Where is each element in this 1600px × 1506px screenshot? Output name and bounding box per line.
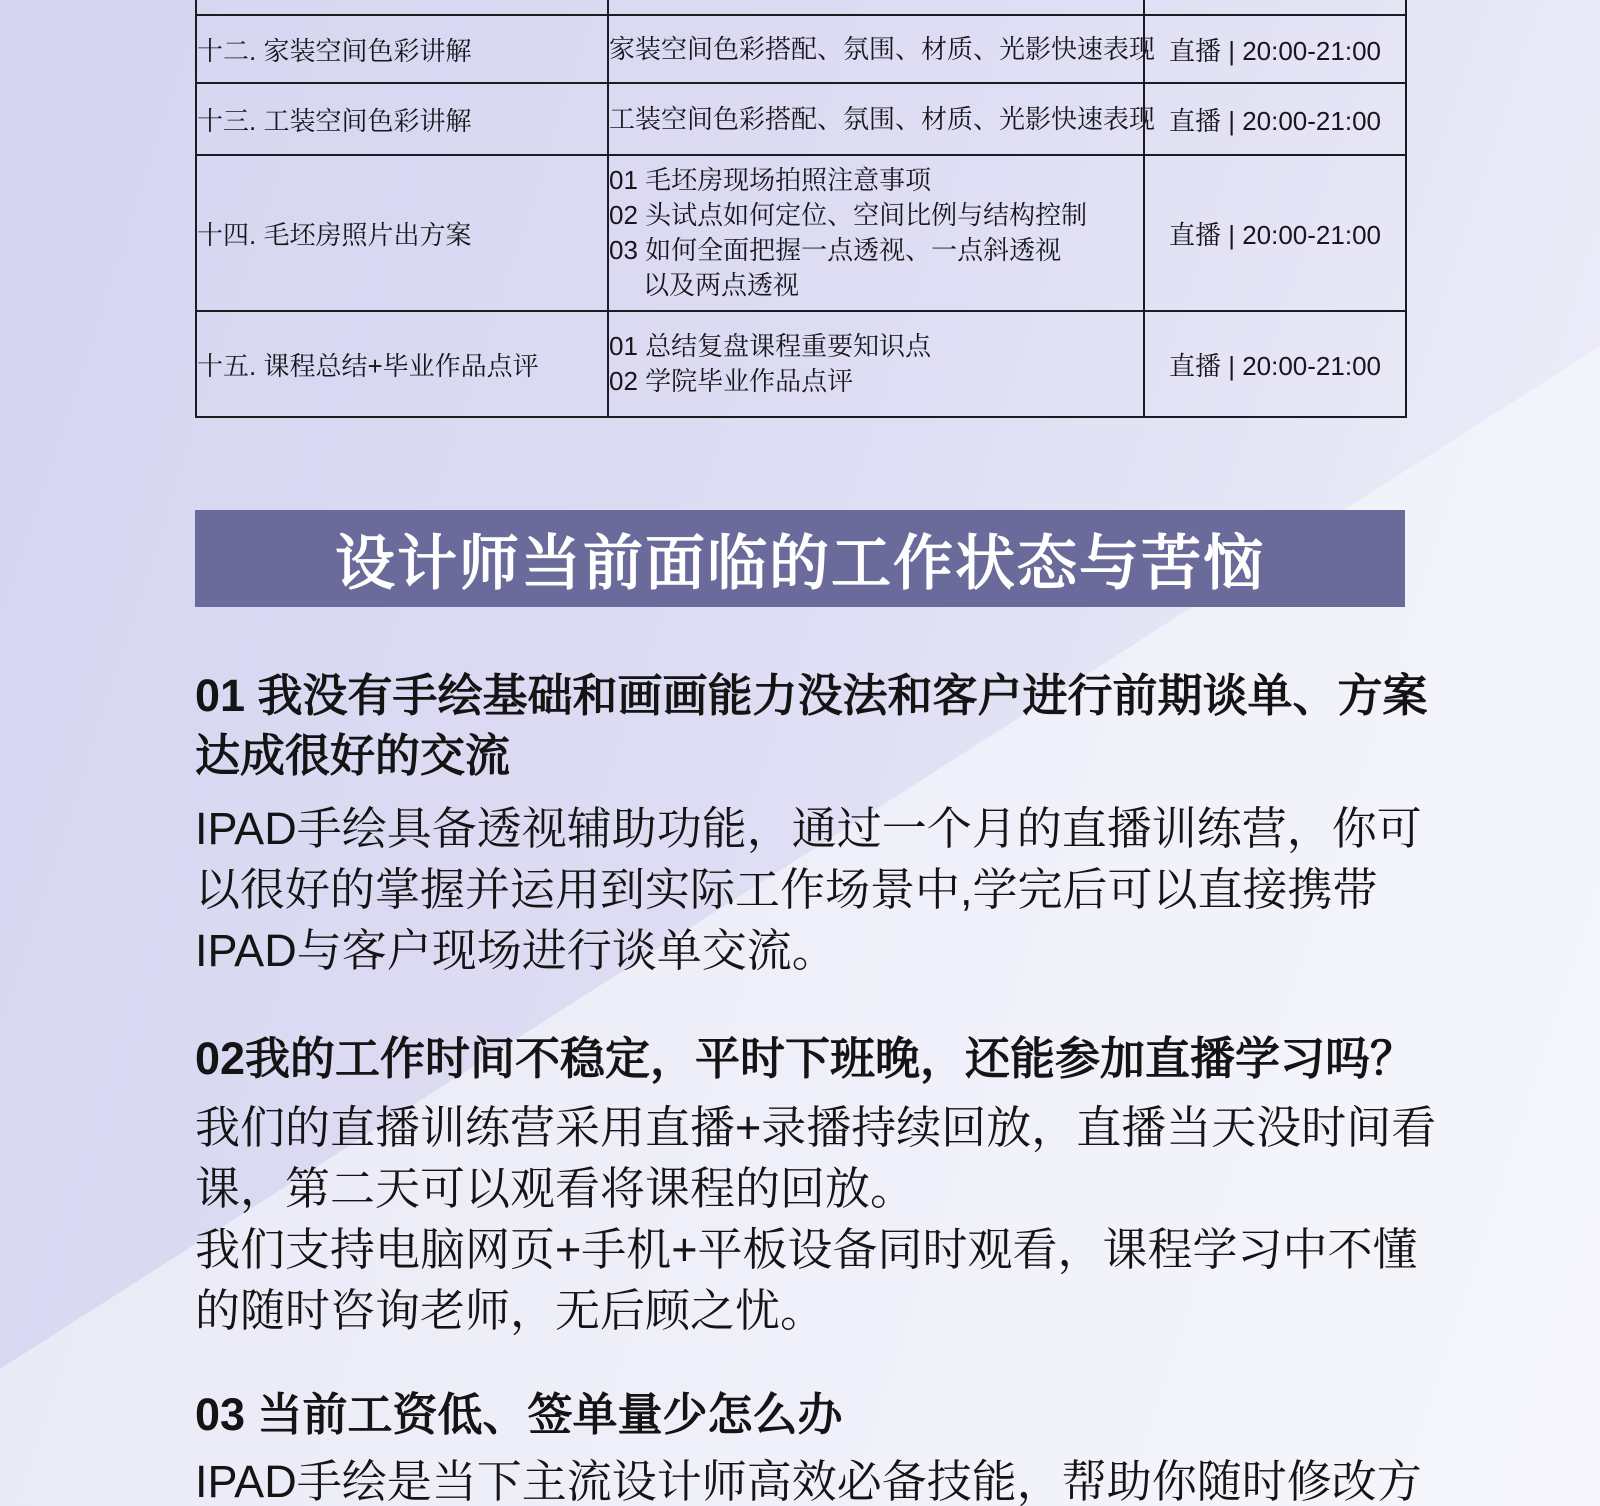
body-line: 的随时咨询老师，无后顾之忧。 [195,1280,1410,1341]
qa-section-03: 03 当前工资低、签单量少怎么办 IPAD手绘是当下主流设计师高效必备技能，帮助… [195,1385,1410,1506]
body-line: 以很好的掌握并运用到实际工作场景中,学完后可以直接携带 [195,859,1410,920]
banner-title: 设计师当前面临的工作状态与苦恼 [335,516,1265,602]
course-schedule-cell [1144,0,1406,15]
course-schedule-cell: 直播 | 20:00-21:00 [1144,155,1406,311]
detail-line: 01 总结复盘课程重要知识点 [609,329,1143,364]
detail-line: 03 如何全面把握一点透视、一点斜透视 [609,233,1143,268]
body-line: IPAD手绘是当下主流设计师高效必备技能，帮助你随时修改方 [195,1451,1410,1506]
promo-page: 十二. 家装空间色彩讲解 家装空间色彩搭配、氛围、材质、光影快速表现 直播 | … [0,0,1600,1506]
qa-section-02: 02我的工作时间不稳定，平时下班晚，还能参加直播学习吗？ 我们的直播训练营采用直… [195,1029,1410,1341]
heading-line: 达成很好的交流 [195,726,1410,786]
course-details-cell [608,0,1144,15]
table-row: 十二. 家装空间色彩讲解 家装空间色彩搭配、氛围、材质、光影快速表现 直播 | … [196,15,1406,83]
qa-body: 我们的直播训练营采用直播+录播持续回放，直播当天没时间看 课，第二天可以观看将课… [195,1097,1410,1341]
course-title-cell: 十三. 工装空间色彩讲解 [196,83,608,155]
course-details-cell: 01 总结复盘课程重要知识点 02 学院毕业作品点评 [608,311,1144,417]
course-title-cell [196,0,608,15]
course-title-cell: 十五. 课程总结+毕业作品点评 [196,311,608,417]
course-schedule-cell: 直播 | 20:00-21:00 [1144,311,1406,417]
course-schedule-cell: 直播 | 20:00-21:00 [1144,83,1406,155]
detail-line: 01 毛坯房现场拍照注意事项 [609,163,1143,198]
heading-line: 03 当前工资低、签单量少怎么办 [195,1385,1410,1445]
detail-line: 02 头试点如何定位、空间比例与结构控制 [609,198,1143,233]
qa-heading: 02我的工作时间不稳定，平时下班晚，还能参加直播学习吗？ [195,1029,1410,1089]
section-banner: 设计师当前面临的工作状态与苦恼 [195,510,1405,607]
heading-line: 02我的工作时间不稳定，平时下班晚，还能参加直播学习吗？ [195,1029,1410,1089]
qa-body: IPAD手绘是当下主流设计师高效必备技能，帮助你随时修改方 [195,1451,1410,1506]
qa-area: 01 我没有手绘基础和画画能力没法和客户进行前期谈单、方案 达成很好的交流 IP… [195,666,1410,1506]
course-details-cell: 工装空间色彩搭配、氛围、材质、光影快速表现 [608,83,1144,155]
course-schedule-table: 十二. 家装空间色彩讲解 家装空间色彩搭配、氛围、材质、光影快速表现 直播 | … [195,0,1407,418]
course-title-cell: 十四. 毛坯房照片出方案 [196,155,608,311]
qa-section-01: 01 我没有手绘基础和画画能力没法和客户进行前期谈单、方案 达成很好的交流 IP… [195,666,1410,981]
course-details-cell: 01 毛坯房现场拍照注意事项 02 头试点如何定位、空间比例与结构控制 03 如… [608,155,1144,311]
course-schedule-cell: 直播 | 20:00-21:00 [1144,15,1406,83]
qa-heading: 03 当前工资低、签单量少怎么办 [195,1385,1410,1445]
table-row: 十五. 课程总结+毕业作品点评 01 总结复盘课程重要知识点 02 学院毕业作品… [196,311,1406,417]
body-line: IPAD与客户现场进行谈单交流。 [195,920,1410,981]
qa-body: IPAD手绘具备透视辅助功能，通过一个月的直播训练营，你可 以很好的掌握并运用到… [195,798,1410,981]
detail-line: 以及两点透视 [609,268,1143,303]
table-row-partial [196,0,1406,15]
course-title-cell: 十二. 家装空间色彩讲解 [196,15,608,83]
table-row: 十三. 工装空间色彩讲解 工装空间色彩搭配、氛围、材质、光影快速表现 直播 | … [196,83,1406,155]
detail-line: 工装空间色彩搭配、氛围、材质、光影快速表现 [609,102,1143,137]
body-line: 课，第二天可以观看将课程的回放。 [195,1158,1410,1219]
body-line: IPAD手绘具备透视辅助功能，通过一个月的直播训练营，你可 [195,798,1410,859]
body-line: 我们的直播训练营采用直播+录播持续回放，直播当天没时间看 [195,1097,1410,1158]
table-row: 十四. 毛坯房照片出方案 01 毛坯房现场拍照注意事项 02 头试点如何定位、空… [196,155,1406,311]
heading-line: 01 我没有手绘基础和画画能力没法和客户进行前期谈单、方案 [195,666,1410,726]
qa-heading: 01 我没有手绘基础和画画能力没法和客户进行前期谈单、方案 达成很好的交流 [195,666,1410,786]
course-details-cell: 家装空间色彩搭配、氛围、材质、光影快速表现 [608,15,1144,83]
body-line: 我们支持电脑网页+手机+平板设备同时观看，课程学习中不懂 [195,1219,1410,1280]
detail-line: 家装空间色彩搭配、氛围、材质、光影快速表现 [609,32,1143,67]
detail-line: 02 学院毕业作品点评 [609,364,1143,399]
